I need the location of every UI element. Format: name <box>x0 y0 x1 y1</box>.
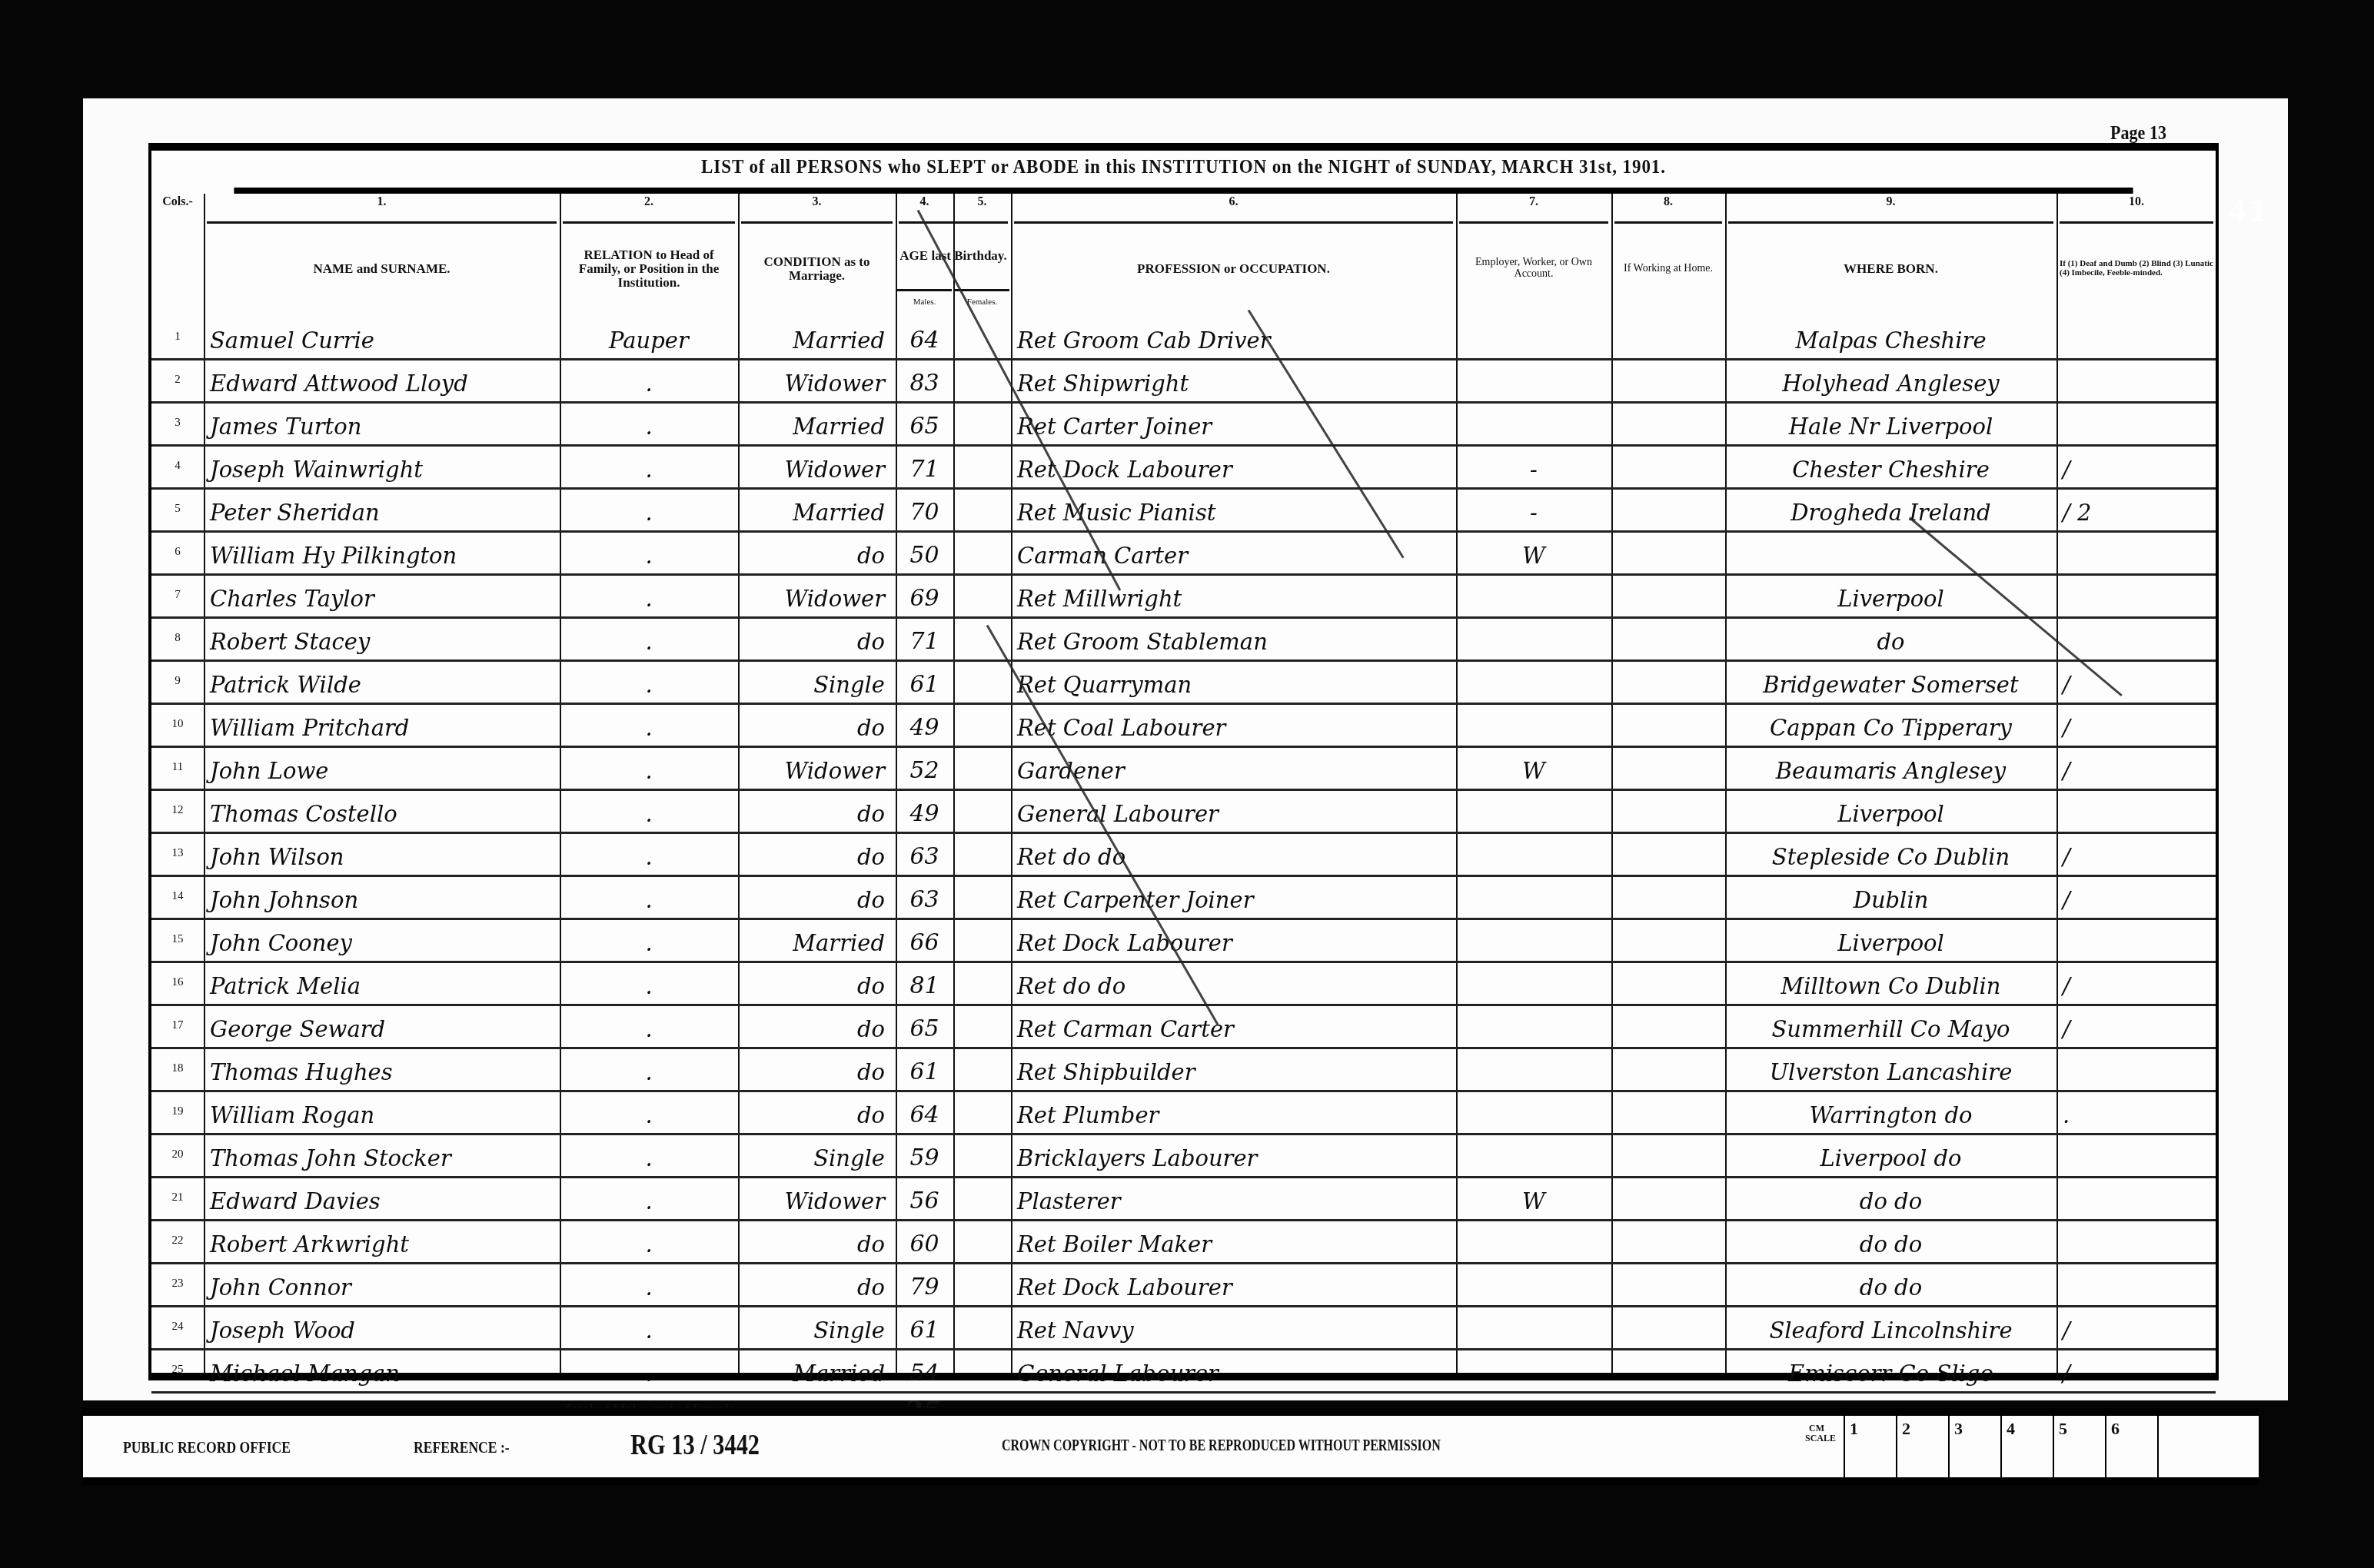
cell-occupation: Ret Millwright <box>1017 573 1450 616</box>
cell-occupation: Ret Music Pianist <box>1017 487 1450 530</box>
cell-relation: . <box>566 918 732 961</box>
cell-condition: Single <box>744 1133 889 1176</box>
cell-name: Edward Davies <box>210 1176 554 1219</box>
cell-employer <box>1462 832 1605 875</box>
cell-age-males: 63 <box>902 832 947 875</box>
cell-age-males: 49 <box>902 703 947 746</box>
cell-where-born: Liverpool do <box>1731 1133 2050 1176</box>
cell-age-males: 70 <box>902 487 947 530</box>
cell-relation: . <box>566 746 732 789</box>
cell-relation: . <box>566 659 732 703</box>
table-row: 1Samuel CurriePauperMarried64Ret Groom C… <box>151 315 2216 360</box>
cell-condition: do <box>744 832 889 875</box>
column-header-working-at-home: If Working at Home. <box>1614 221 1722 314</box>
cell-occupation: Ret do do <box>1017 832 1450 875</box>
cell-age-males: 63 <box>902 875 947 918</box>
cm-scale-mark: 4 <box>2000 1416 2053 1477</box>
cell-cols: 24 <box>158 1305 198 1348</box>
cell-employer <box>1462 789 1605 832</box>
cell-name: Robert Arkwright <box>210 1219 554 1262</box>
cell-cols: 4 <box>158 444 198 487</box>
column-header-employer: Employer, Worker, or Own Account. <box>1459 221 1608 314</box>
cell-employer <box>1462 1219 1605 1262</box>
column-header-occupation: PROFESSION or OCCUPATION. <box>1014 221 1453 314</box>
cell-age-males: 71 <box>902 616 947 659</box>
cell-employer <box>1462 358 1605 401</box>
cell-employer <box>1462 659 1605 703</box>
cell-employer <box>1462 875 1605 918</box>
cell-employer <box>1462 1133 1605 1176</box>
cell-cols: 10 <box>158 703 198 746</box>
cell-infirmity: / <box>2063 1004 2210 1047</box>
table-row: 12Thomas Costello.do49General LabourerLi… <box>151 789 2216 834</box>
cell-employer <box>1462 616 1605 659</box>
cell-employer: - <box>1462 487 1605 530</box>
cell-name: Patrick Melia <box>210 961 554 1004</box>
cell-cols: 14 <box>158 875 198 918</box>
cell-relation: . <box>566 703 732 746</box>
cell-occupation: General Labourer <box>1017 789 1450 832</box>
cell-where-born: Holyhead Anglesey <box>1731 358 2050 401</box>
cell-cols: 11 <box>158 746 198 789</box>
census-schedule-table: LIST of all PERSONS who SLEPT or ABODE i… <box>148 143 2219 1380</box>
cell-relation: . <box>566 487 732 530</box>
table-row: 9Patrick Wilde.Single61Ret QuarrymanBrid… <box>151 659 2216 705</box>
cell-relation: . <box>566 1348 732 1391</box>
cell-where-born: Cappan Co Tipperary <box>1731 703 2050 746</box>
cell-condition: Single <box>744 659 889 703</box>
cell-relation: . <box>566 1176 732 1219</box>
cell-infirmity: . <box>2063 1090 2210 1133</box>
cm-scale-mark: 1 <box>1844 1416 1896 1477</box>
cell-cols: 1 <box>158 315 198 358</box>
cell-age-males: 64 <box>902 315 947 358</box>
cell-relation: . <box>566 573 732 616</box>
cell-condition: do <box>744 1090 889 1133</box>
cm-scale-end <box>2157 1416 2163 1477</box>
column-number-employer: 7. <box>1456 195 1611 209</box>
schedule-title: LIST of all PERSONS who SLEPT or ABODE i… <box>234 157 2133 194</box>
column-number-working-at-home: 8. <box>1611 195 1725 209</box>
cell-where-born: do do <box>1731 1219 2050 1262</box>
cell-age-males: 71 <box>902 444 947 487</box>
cell-age-males: 60 <box>902 1219 947 1262</box>
cell-relation: . <box>566 1004 732 1047</box>
cell-where-born: Dublin <box>1731 875 2050 918</box>
table-row: 23John Connor.do79Ret Dock Labourerdo do <box>151 1262 2216 1307</box>
cell-condition: Married <box>744 315 889 358</box>
cell-condition: do <box>744 1262 889 1305</box>
cell-age-males: 61 <box>902 1305 947 1348</box>
cell-condition: do <box>744 961 889 1004</box>
cell-name: John Lowe <box>210 746 554 789</box>
cell-infirmity <box>2063 530 2210 573</box>
table-row: 19William Rogan.do64Ret PlumberWarringto… <box>151 1090 2216 1135</box>
column-header-relation: RELATION to Head of Family, or Position … <box>563 221 735 314</box>
column-number-occupation: 6. <box>1011 195 1456 209</box>
table-row: 5Peter Sheridan.Married70Ret Music Piani… <box>151 487 2216 533</box>
table-row: 3James Turton.Married65Ret Carter Joiner… <box>151 401 2216 447</box>
cell-occupation: Ret Dock Labourer <box>1017 444 1450 487</box>
cell-infirmity: / <box>2063 832 2210 875</box>
cell-relation: . <box>566 961 732 1004</box>
cell-occupation: Ret Carpenter Joiner <box>1017 875 1450 918</box>
cm-scale-mark: 6 <box>2105 1416 2157 1477</box>
cell-occupation: General Labourer <box>1017 1348 1450 1391</box>
table-row: 15John Cooney.Married66Ret Dock Labourer… <box>151 918 2216 963</box>
column-header-where-born: WHERE BORN. <box>1728 221 2053 314</box>
cell-where-born: Emiscorr Co Sligo <box>1731 1348 2050 1391</box>
cell-cols: 20 <box>158 1133 198 1176</box>
table-row: 24Joseph Wood.Single61Ret NavvySleaford … <box>151 1305 2216 1350</box>
cell-name: Charles Taylor <box>210 573 554 616</box>
column-number-condition: 3. <box>738 195 896 209</box>
cell-occupation: Ret Carter Joiner <box>1017 401 1450 444</box>
side-folio-number: 41 <box>2229 192 2271 229</box>
cell-condition: Widower <box>744 444 889 487</box>
cell-name: James Turton <box>210 401 554 444</box>
cell-infirmity: / <box>2063 703 2210 746</box>
column-number-infirmity: 10. <box>2056 195 2216 209</box>
cell-employer <box>1462 918 1605 961</box>
cell-infirmity <box>2063 401 2210 444</box>
cell-age-males: 79 <box>902 1262 947 1305</box>
cell-condition: Married <box>744 918 889 961</box>
cell-name: Samuel Currie <box>210 315 554 358</box>
cell-employer <box>1462 315 1605 358</box>
cell-cols: 8 <box>158 616 198 659</box>
cell-infirmity <box>2063 1133 2210 1176</box>
table-row: 14John Johnson.do63Ret Carpenter JoinerD… <box>151 875 2216 920</box>
cm-scale-label: CM SCALE <box>1805 1423 1828 1443</box>
cell-employer: W <box>1462 1176 1605 1219</box>
cell-occupation: Ret Carman Carter <box>1017 1004 1450 1047</box>
cell-cols: 22 <box>158 1219 198 1262</box>
cell-cols: 6 <box>158 530 198 573</box>
cell-infirmity <box>2063 1262 2210 1305</box>
column-header-condition: CONDITION as to Marriage. <box>741 221 893 314</box>
cell-relation: . <box>566 875 732 918</box>
cell-occupation: Ret Coal Labourer <box>1017 703 1450 746</box>
copyright-notice: CROWN COPYRIGHT - NOT TO BE REPRODUCED W… <box>1002 1437 1441 1455</box>
record-office-label: PUBLIC RECORD OFFICE <box>123 1437 291 1457</box>
cell-condition: do <box>744 616 889 659</box>
cell-name: William Hy Pilkington <box>210 530 554 573</box>
cell-infirmity: / <box>2063 1305 2210 1348</box>
cell-relation: . <box>566 832 732 875</box>
cell-employer <box>1462 401 1605 444</box>
cell-where-born <box>1731 530 2050 573</box>
cell-cols: 23 <box>158 1262 198 1305</box>
cell-occupation: Ret Groom Cab Driver <box>1017 315 1450 358</box>
cell-age-males: 54 <box>902 1348 947 1391</box>
cell-age-males: 50 <box>902 530 947 573</box>
cell-relation: . <box>566 1305 732 1348</box>
cell-where-born: Summerhill Co Mayo <box>1731 1004 2050 1047</box>
cell-occupation: Ret Groom Stableman <box>1017 616 1450 659</box>
cell-relation: . <box>566 616 732 659</box>
cell-name: Patrick Wilde <box>210 659 554 703</box>
cell-where-born: Drogheda Ireland <box>1731 487 2050 530</box>
cell-where-born: Bridgewater Somerset <box>1731 659 2050 703</box>
cell-relation: . <box>566 401 732 444</box>
cell-condition: do <box>744 875 889 918</box>
table-row: 8Robert Stacey.do71Ret Groom Stablemando <box>151 616 2216 662</box>
table-row: 2Edward Attwood Lloyd.Widower83Ret Shipw… <box>151 358 2216 404</box>
cell-relation: . <box>566 444 732 487</box>
column-number-age-females: 5. <box>953 195 1011 209</box>
table-grid: Cols.-1.NAME and SURNAME.2.RELATION to H… <box>151 194 2216 1373</box>
cell-name: Edward Attwood Lloyd <box>210 358 554 401</box>
cell-name: Thomas Costello <box>210 789 554 832</box>
cell-infirmity: / <box>2063 961 2210 1004</box>
cell-age-males: 49 <box>902 789 947 832</box>
cell-age-males: 66 <box>902 918 947 961</box>
cell-condition: do <box>744 530 889 573</box>
cell-name: John Johnson <box>210 875 554 918</box>
cell-age-males: 56 <box>902 1176 947 1219</box>
cell-name: Joseph Wood <box>210 1305 554 1348</box>
cell-age-males: 59 <box>902 1133 947 1176</box>
cell-cols: 21 <box>158 1176 198 1219</box>
reference-code: RG 13 / 3442 <box>630 1428 760 1462</box>
cell-infirmity: / <box>2063 1348 2210 1391</box>
cell-cols: 3 <box>158 401 198 444</box>
cell-employer <box>1462 1047 1605 1090</box>
cell-name: Joseph Wainwright <box>210 444 554 487</box>
table-row: 6William Hy Pilkington.do50Carman Carter… <box>151 530 2216 576</box>
cell-infirmity: / <box>2063 444 2210 487</box>
column-number-where-born: 9. <box>1725 195 2056 209</box>
cell-condition: Married <box>744 487 889 530</box>
cell-condition: Married <box>744 401 889 444</box>
cell-name: John Wilson <box>210 832 554 875</box>
cell-cols: 5 <box>158 487 198 530</box>
cell-age-males: 69 <box>902 573 947 616</box>
cm-scale-mark: 2 <box>1896 1416 1948 1477</box>
cm-scale-mark: 3 <box>1948 1416 2000 1477</box>
cell-where-born: Hale Nr Liverpool <box>1731 401 2050 444</box>
cell-employer <box>1462 703 1605 746</box>
cell-name: Peter Sheridan <box>210 487 554 530</box>
cell-cols: 12 <box>158 789 198 832</box>
cell-condition: do <box>744 1047 889 1090</box>
cell-name: William Rogan <box>210 1090 554 1133</box>
table-row: 20Thomas John Stocker.Single59Bricklayer… <box>151 1133 2216 1178</box>
cell-occupation: Ret Quarryman <box>1017 659 1450 703</box>
cell-occupation: Gardener <box>1017 746 1450 789</box>
archive-footer: PUBLIC RECORD OFFICE REFERENCE :- RG 13 … <box>83 1408 2259 1485</box>
column-header-name: NAME and SURNAME. <box>207 221 557 314</box>
cell-where-born: do do <box>1731 1262 2050 1305</box>
table-row: 22Robert Arkwright.do60Ret Boiler Makerd… <box>151 1219 2216 1264</box>
cell-where-born: Ulverston Lancashire <box>1731 1047 2050 1090</box>
cell-name: Robert Stacey <box>210 616 554 659</box>
cell-condition: do <box>744 789 889 832</box>
cell-name: Thomas John Stocker <box>210 1133 554 1176</box>
column-number-relation: 2. <box>560 195 738 209</box>
cell-name: William Pritchard <box>210 703 554 746</box>
cell-cols: 15 <box>158 918 198 961</box>
cell-employer <box>1462 1348 1605 1391</box>
column-number-name: 1. <box>204 195 560 209</box>
column-subheader-age-males: Males. <box>897 289 952 314</box>
cell-where-born: do do <box>1731 1176 2050 1219</box>
cell-name: Thomas Hughes <box>210 1047 554 1090</box>
cell-condition: Widower <box>744 358 889 401</box>
table-row: 13John Wilson.do63Ret do doStepleside Co… <box>151 832 2216 877</box>
table-row: 25Michael Mangan.Married54General Labour… <box>151 1348 2216 1394</box>
cell-infirmity: / <box>2063 875 2210 918</box>
cell-relation: . <box>566 530 732 573</box>
cell-age-males: 65 <box>902 401 947 444</box>
cell-cols: 25 <box>158 1348 198 1391</box>
cell-age-males: 83 <box>902 358 947 401</box>
cell-occupation: Ret Dock Labourer <box>1017 1262 1450 1305</box>
table-row: 4Joseph Wainwright.Widower71Ret Dock Lab… <box>151 444 2216 490</box>
cell-relation: Pauper <box>566 315 732 358</box>
cell-where-born: Malpas Cheshire <box>1731 315 2050 358</box>
cell-cols: 16 <box>158 961 198 1004</box>
cell-infirmity: / 2 <box>2063 487 2210 530</box>
column-number-age-males: 4. <box>896 195 953 209</box>
cell-relation: . <box>566 1090 732 1133</box>
cell-employer <box>1462 1004 1605 1047</box>
cell-condition: do <box>744 1219 889 1262</box>
cell-where-born: Liverpool <box>1731 789 2050 832</box>
cell-infirmity <box>2063 1176 2210 1219</box>
cell-condition: do <box>744 703 889 746</box>
cell-cols: 13 <box>158 832 198 875</box>
cell-cols: 19 <box>158 1090 198 1133</box>
cell-infirmity <box>2063 1219 2210 1262</box>
table-row: 11John Lowe.Widower52GardenerWBeaumaris … <box>151 746 2216 791</box>
cell-condition: Married <box>744 1348 889 1391</box>
cell-occupation: Carman Carter <box>1017 530 1450 573</box>
cell-age-males: 81 <box>902 961 947 1004</box>
cell-age-males: 61 <box>902 659 947 703</box>
cell-cols: 18 <box>158 1047 198 1090</box>
cell-infirmity <box>2063 315 2210 358</box>
cell-occupation: Bricklayers Labourer <box>1017 1133 1450 1176</box>
cell-condition: Widower <box>744 573 889 616</box>
cell-occupation: Ret Navvy <box>1017 1305 1450 1348</box>
table-row: 18Thomas Hughes.do61Ret ShipbuilderUlver… <box>151 1047 2216 1092</box>
cell-employer <box>1462 573 1605 616</box>
cm-scale-mark: 5 <box>2053 1416 2105 1477</box>
cell-age-males: 65 <box>902 1004 947 1047</box>
cell-where-born: Milltown Co Dublin <box>1731 961 2050 1004</box>
cell-infirmity <box>2063 573 2210 616</box>
cell-employer: - <box>1462 444 1605 487</box>
cell-occupation: Ret Plumber <box>1017 1090 1450 1133</box>
cell-name: George Seward <box>210 1004 554 1047</box>
cell-condition: Widower <box>744 746 889 789</box>
cell-name: John Connor <box>210 1262 554 1305</box>
cell-relation: . <box>566 1262 732 1305</box>
table-row: 10William Pritchard.do49Ret Coal Laboure… <box>151 703 2216 748</box>
cell-infirmity <box>2063 1047 2210 1090</box>
cell-employer: W <box>1462 746 1605 789</box>
cell-occupation: Ret Dock Labourer <box>1017 918 1450 961</box>
cell-occupation: Ret Shipwright <box>1017 358 1450 401</box>
cell-cols: 7 <box>158 573 198 616</box>
cell-where-born: Sleaford Lincolnshire <box>1731 1305 2050 1348</box>
cell-where-born: Liverpool <box>1731 918 2050 961</box>
cell-condition: do <box>744 1004 889 1047</box>
cell-relation: . <box>566 1133 732 1176</box>
cell-employer <box>1462 961 1605 1004</box>
reference-label: REFERENCE :- <box>414 1437 510 1457</box>
column-header-infirmity: If (1) Deaf and Dumb (2) Blind (3) Lunat… <box>2060 221 2213 314</box>
cell-occupation: Ret Shipbuilder <box>1017 1047 1450 1090</box>
cell-occupation: Plasterer <box>1017 1176 1450 1219</box>
cell-condition: Widower <box>744 1176 889 1219</box>
cell-employer <box>1462 1305 1605 1348</box>
cell-where-born: Beaumaris Anglesey <box>1731 746 2050 789</box>
cell-condition: Single <box>744 1305 889 1348</box>
cell-employer <box>1462 1262 1605 1305</box>
cell-where-born: do <box>1731 616 2050 659</box>
cell-infirmity <box>2063 918 2210 961</box>
column-number-cols: Cols.- <box>151 195 204 209</box>
table-row: 17George Seward.do65Ret Carman CarterSum… <box>151 1004 2216 1049</box>
cell-age-males: 52 <box>902 746 947 789</box>
cell-occupation: Ret Boiler Maker <box>1017 1219 1450 1262</box>
cell-cols: 2 <box>158 358 198 401</box>
table-row: 7Charles Taylor.Widower69Ret MillwrightL… <box>151 573 2216 619</box>
cell-age-males: 61 <box>902 1047 947 1090</box>
cell-where-born: Warrington do <box>1731 1090 2050 1133</box>
cell-relation: . <box>566 1219 732 1262</box>
cell-cols: 17 <box>158 1004 198 1047</box>
cell-where-born: Stepleside Co Dublin <box>1731 832 2050 875</box>
cell-occupation: Ret do do <box>1017 961 1450 1004</box>
cell-relation: . <box>566 358 732 401</box>
page-number: Page 13 <box>2110 121 2166 145</box>
cell-where-born: Chester Cheshire <box>1731 444 2050 487</box>
cell-cols: 9 <box>158 659 198 703</box>
cell-relation: . <box>566 1047 732 1090</box>
cell-age-males: 64 <box>902 1090 947 1133</box>
cell-infirmity <box>2063 789 2210 832</box>
cell-infirmity <box>2063 358 2210 401</box>
cell-infirmity: / <box>2063 746 2210 789</box>
table-row: 21Edward Davies.Widower56PlastererWdo do <box>151 1176 2216 1221</box>
cell-name: John Cooney <box>210 918 554 961</box>
cell-relation: . <box>566 789 732 832</box>
cell-name: Michael Mangan <box>210 1348 554 1391</box>
cell-infirmity <box>2063 616 2210 659</box>
cell-employer <box>1462 1090 1605 1133</box>
cell-employer: W <box>1462 530 1605 573</box>
